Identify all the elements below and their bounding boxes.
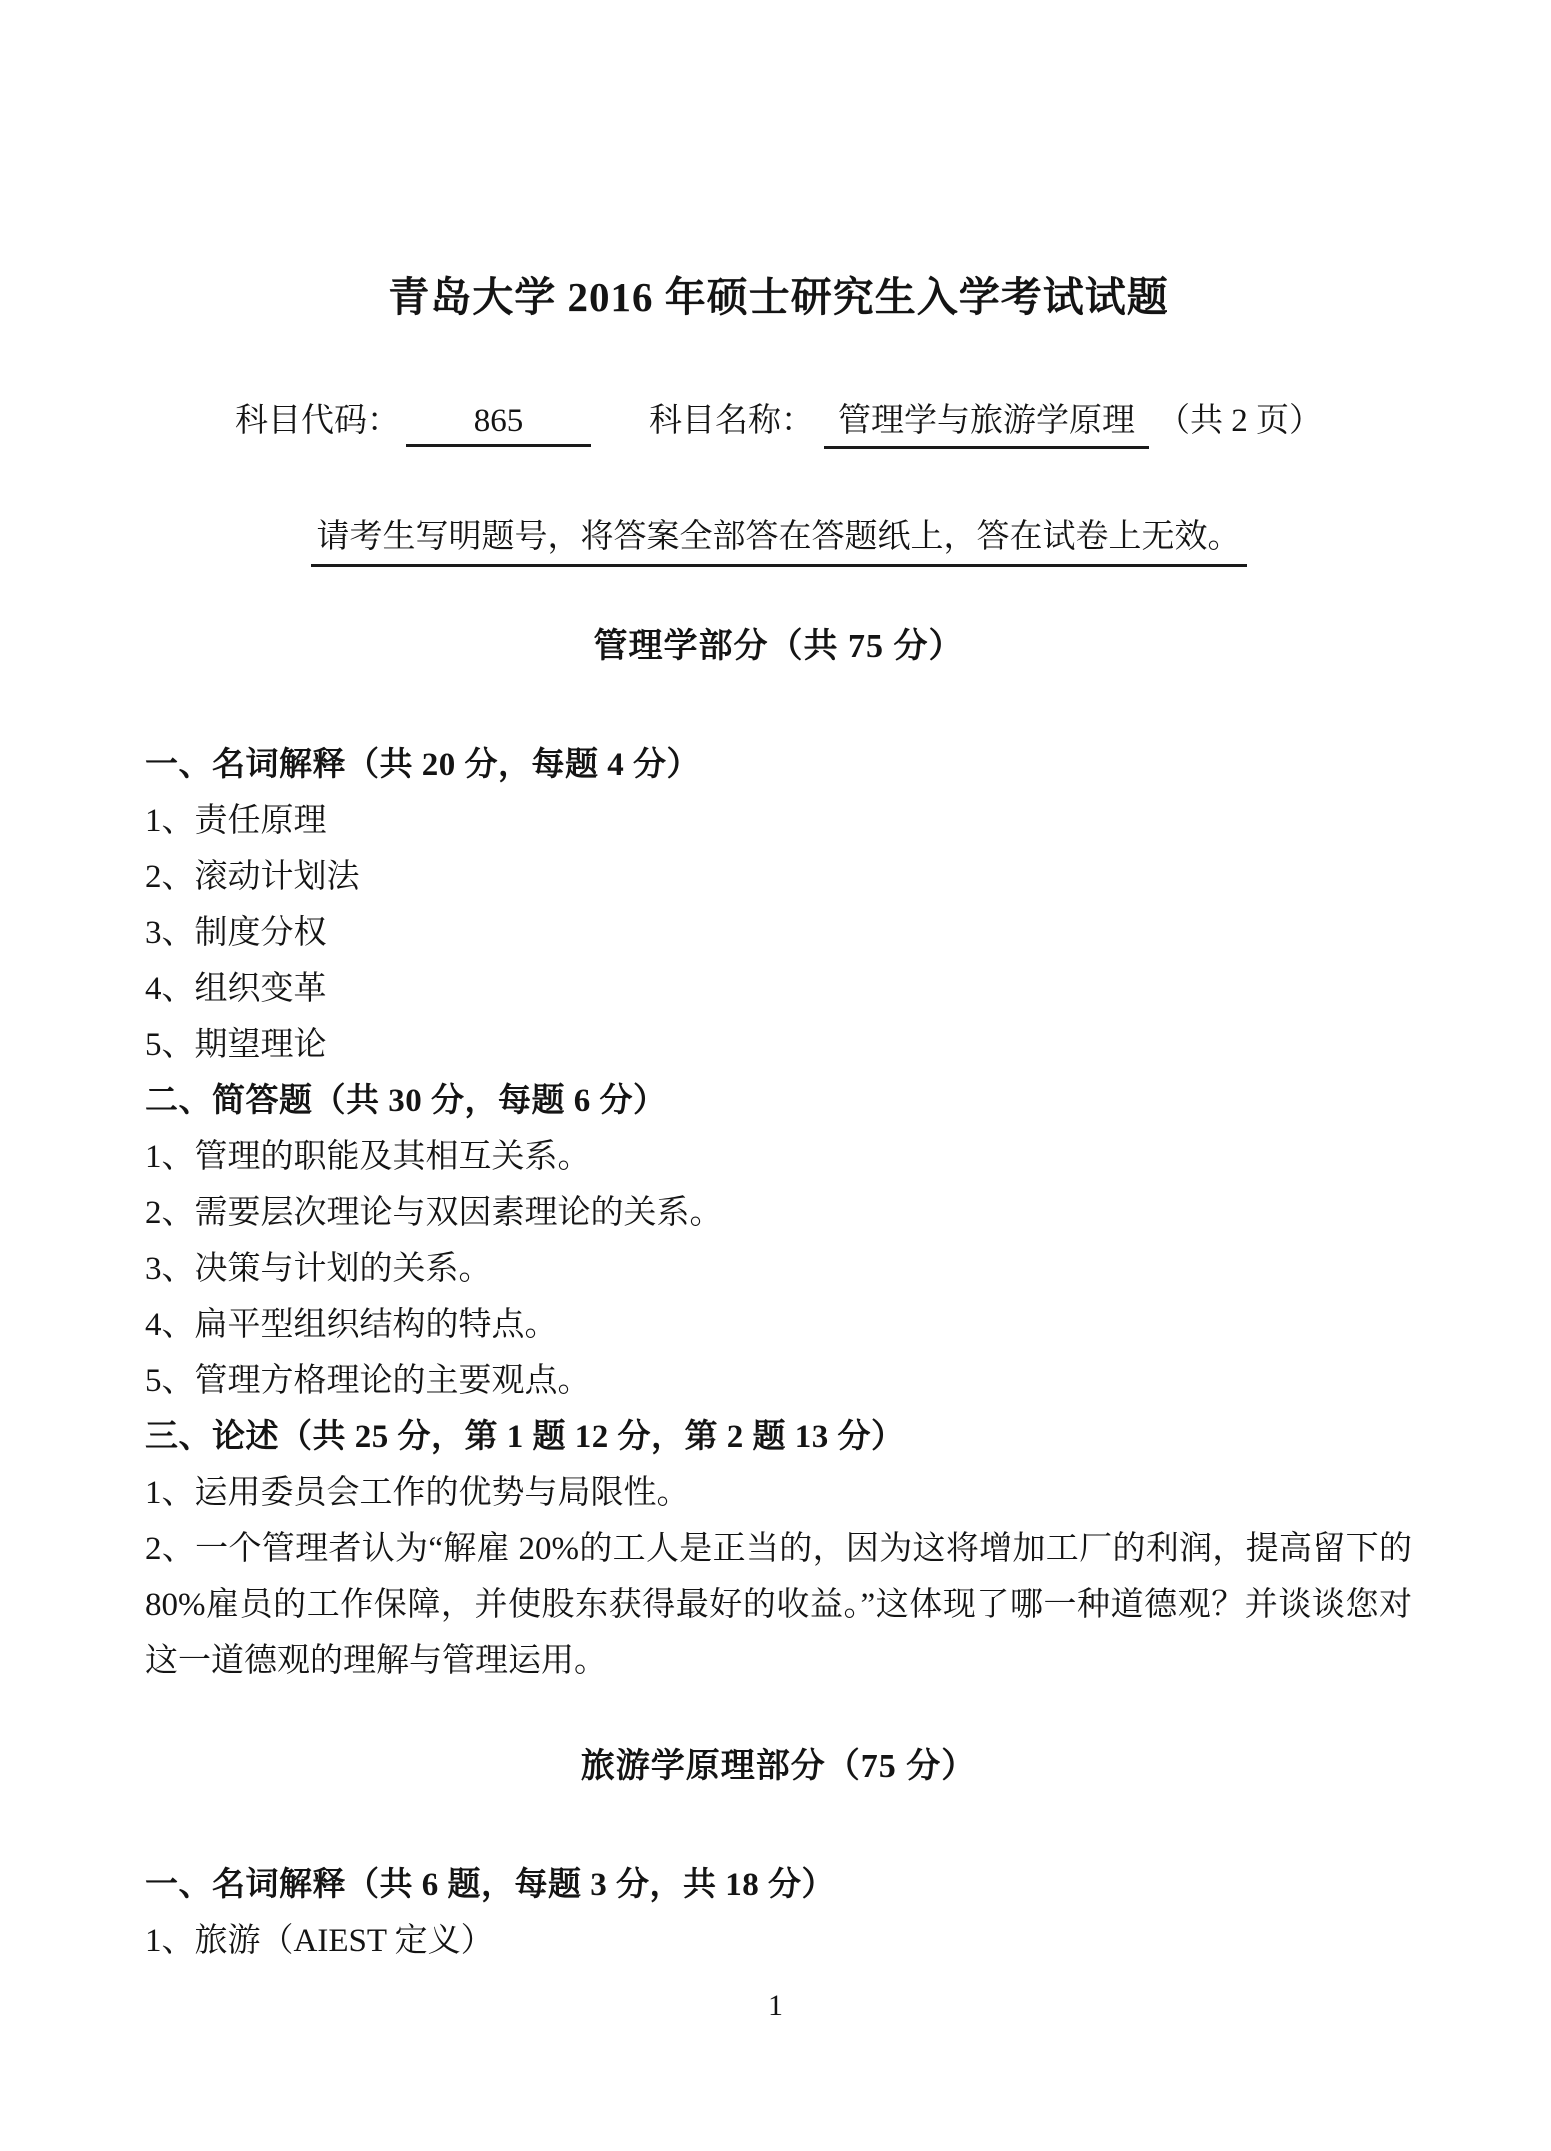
subject-info-row: 科目代码：865科目名称：管理学与旅游学原理（共 2 页） (145, 398, 1412, 449)
page-title: 青岛大学 2016 年硕士研究生入学考试试题 (145, 0, 1412, 324)
section-heading-tourism: 旅游学原理部分（75 分） (145, 1743, 1412, 1791)
question-item: 1、管理的职能及其相互关系。 (145, 1129, 1412, 1185)
question-item: 3、决策与计划的关系。 (145, 1241, 1412, 1297)
question-item: 3、制度分权 (145, 905, 1412, 961)
question-item: 1、责任原理 (145, 793, 1412, 849)
subject-name-label: 科目名称： (649, 403, 814, 439)
question-item: 4、组织变革 (145, 961, 1412, 1017)
notice-row: 请考生写明题号，将答案全部答在答题纸上，答在试卷上无效。 (145, 513, 1412, 567)
question-item: 5、管理方格理论的主要观点。 (145, 1353, 1412, 1409)
question-item: 2、需要层次理论与双因素理论的关系。 (145, 1185, 1412, 1241)
question-item-paragraph: 2、一个管理者认为“解雇 20%的工人是正当的，因为这将增加工厂的利润，提高留下… (145, 1521, 1412, 1689)
exam-paper-page: 青岛大学 2016 年硕士研究生入学考试试题 科目代码：865科目名称：管理学与… (0, 0, 1551, 2151)
question-item: 2、滚动计划法 (145, 849, 1412, 905)
question-item: 4、扁平型组织结构的特点。 (145, 1297, 1412, 1353)
management-q3-heading: 三、论述（共 25 分，第 1 题 12 分，第 2 题 13 分） (145, 1409, 1412, 1465)
page-count-note: （共 2 页） (1157, 403, 1322, 439)
tourism-q1-heading: 一、名词解释（共 6 题，每题 3 分，共 18 分） (145, 1857, 1412, 1913)
subject-name-value: 管理学与旅游学原理 (824, 398, 1149, 449)
subject-code-label: 科目代码： (235, 403, 400, 439)
question-item: 5、期望理论 (145, 1017, 1412, 1073)
section-heading-management: 管理学部分（共 75 分） (145, 623, 1412, 671)
exam-notice: 请考生写明题号，将答案全部答在答题纸上，答在试卷上无效。 (311, 513, 1247, 567)
management-q1-heading: 一、名词解释（共 20 分，每题 4 分） (145, 737, 1412, 793)
question-item: 1、旅游（AIEST 定义） (145, 1913, 1412, 1969)
page-number: 1 (0, 1988, 1551, 2024)
question-item: 1、运用委员会工作的优势与局限性。 (145, 1465, 1412, 1521)
subject-code-value: 865 (406, 398, 591, 447)
management-q2-heading: 二、简答题（共 30 分，每题 6 分） (145, 1073, 1412, 1129)
